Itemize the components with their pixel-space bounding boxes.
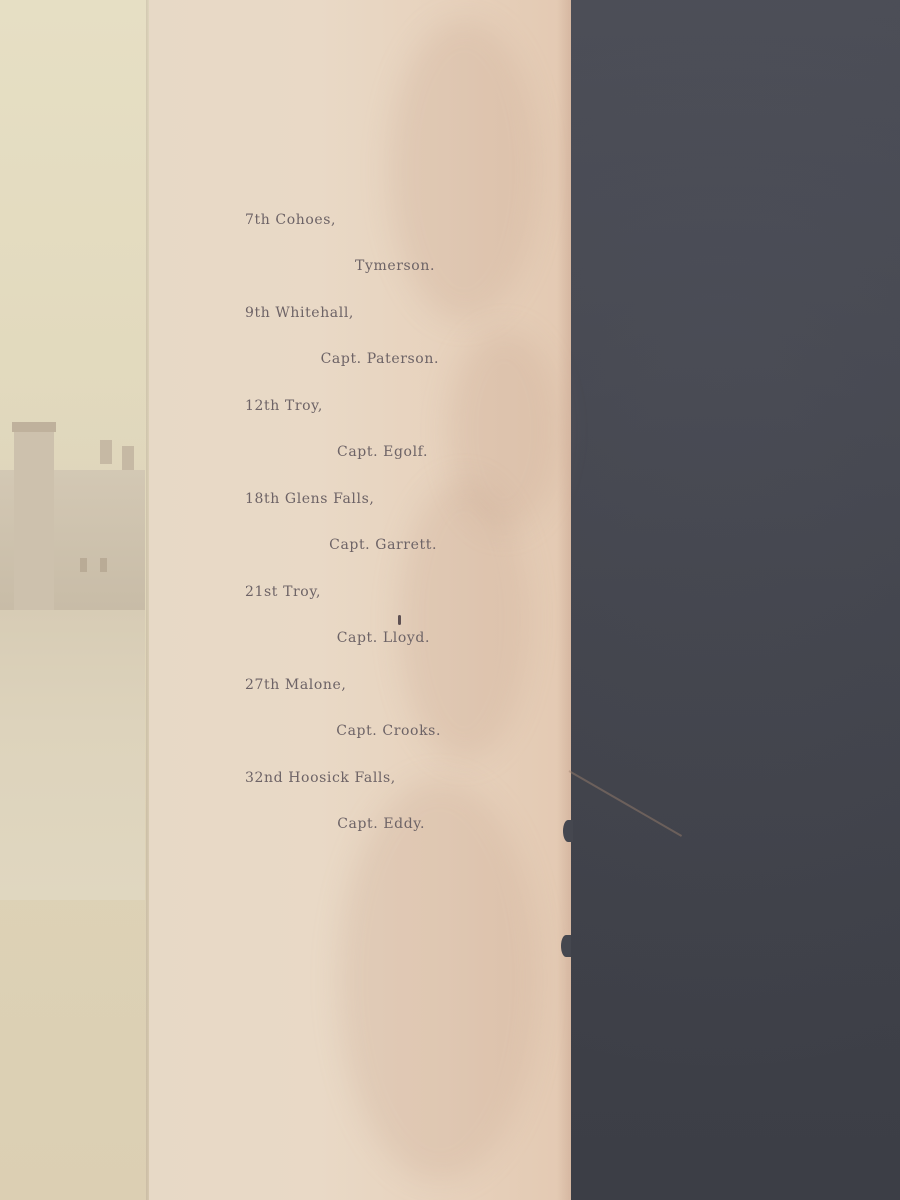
captain-name: Capt. Lloyd. <box>337 630 430 646</box>
roster-entry: 32nd Hoosick Falls, Capt. Eddy. <box>245 770 475 863</box>
unit-name: 9th Whitehall, <box>245 305 354 321</box>
captain-name: Capt. Paterson. <box>321 351 439 367</box>
roster-entry: 9th Whitehall, Capt. Paterson. <box>245 305 475 398</box>
unit-name: 21st Troy, <box>245 584 321 600</box>
roster-entry: 7th Cohoes, Tymerson. <box>245 212 475 305</box>
edge-notch <box>563 820 573 842</box>
chimney <box>100 440 112 464</box>
captain-name: Capt. Crooks. <box>336 723 441 739</box>
roster-entry: 12th Troy, Capt. Egolf. <box>245 398 475 491</box>
roster-entry: 18th Glens Falls, Capt. Garrett. <box>245 491 475 584</box>
roster-entry: 21st Troy, Capt. Lloyd. <box>245 584 475 677</box>
edge-notch <box>561 935 571 957</box>
company-roster: 7th Cohoes, Tymerson. 9th Whitehall, Cap… <box>245 212 475 863</box>
captain-name: Capt. Eddy. <box>337 816 425 832</box>
chimney <box>122 446 134 470</box>
facing-page-photograph <box>0 0 149 1200</box>
unit-name: 12th Troy, <box>245 398 323 414</box>
unit-name: 18th Glens Falls, <box>245 491 374 507</box>
ink-mark <box>398 615 401 625</box>
unit-name: 32nd Hoosick Falls, <box>245 770 396 786</box>
building-photograph <box>0 380 145 900</box>
water <box>0 610 145 900</box>
roster-entry: 27th Malone, Capt. Crooks. <box>245 677 475 770</box>
captain-name: Capt. Garrett. <box>329 537 437 553</box>
unit-name: 27th Malone, <box>245 677 346 693</box>
captain-name: Capt. Egolf. <box>337 444 428 460</box>
unit-name: 7th Cohoes, <box>245 212 336 228</box>
tower <box>14 426 54 612</box>
captain-name: Tymerson. <box>355 258 435 274</box>
